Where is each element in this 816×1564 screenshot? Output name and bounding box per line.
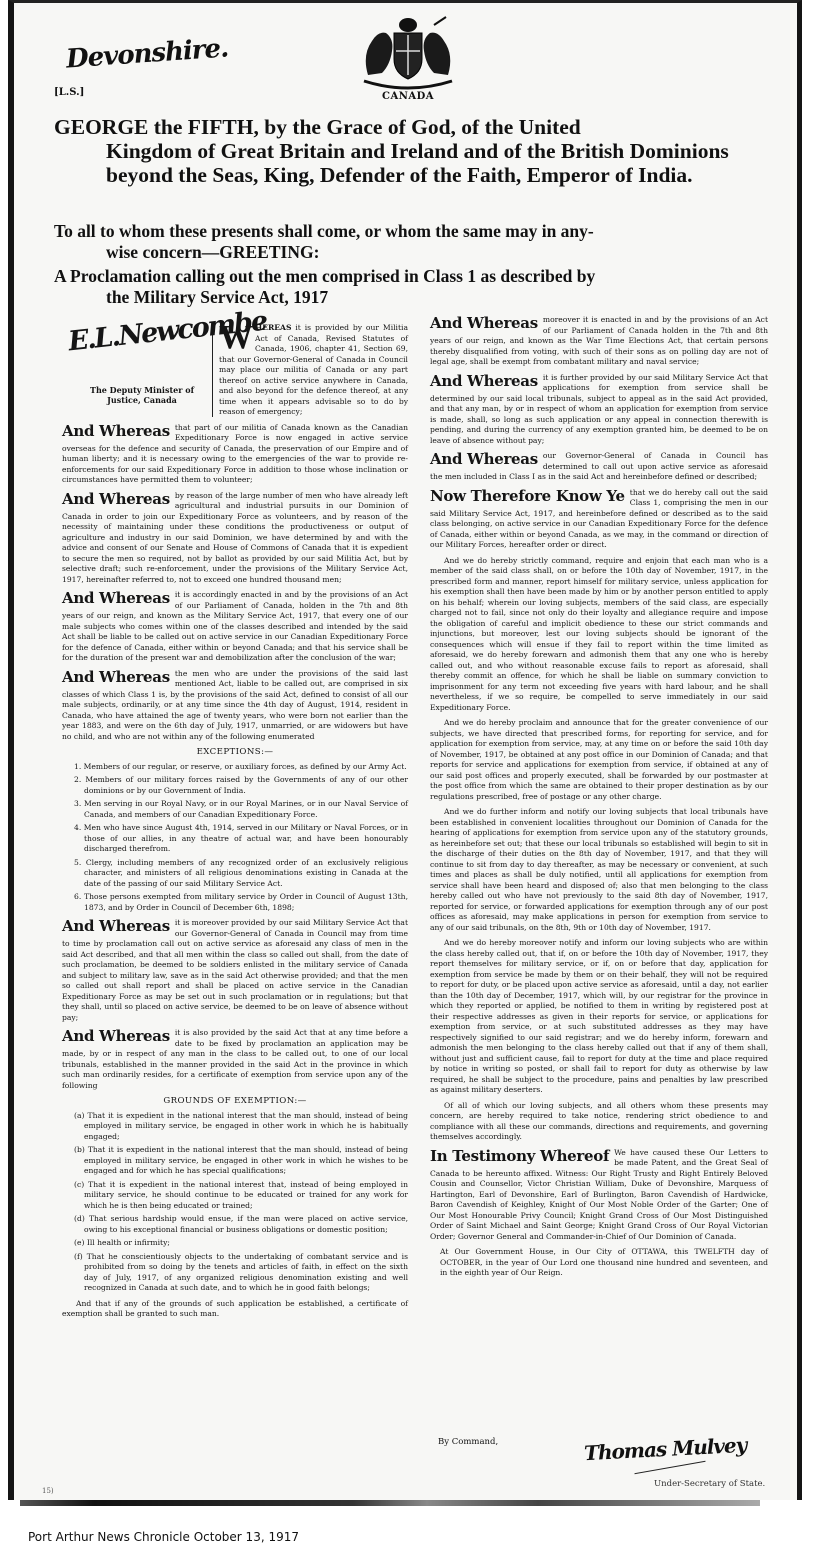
- and-whereas-label: And Whereas: [62, 492, 170, 506]
- whereas-5: And Whereasthe men who are under the pro…: [62, 669, 408, 743]
- whereas-2: And Whereasthat part of our militia of C…: [62, 423, 408, 486]
- greeting-line-1: To all to whom these presents shall come…: [54, 221, 594, 241]
- paragraph-command: And we do hereby strictly command, requi…: [430, 556, 768, 714]
- and-whereas-label: And Whereas: [430, 452, 538, 466]
- and-whereas-label: And Whereas: [62, 1029, 170, 1043]
- left-column: E.L.Newcombe The Deputy Minister of Just…: [62, 323, 408, 1325]
- by-command: By Command,: [438, 1437, 498, 1447]
- proclamation-heading-rest: the Military Service Act, 1917: [54, 287, 774, 308]
- devonshire-handwritten-signature: Devonshire.: [65, 33, 229, 74]
- and-whereas-label: And Whereas: [62, 591, 170, 605]
- paragraph-notice: Of all of which our loving subjects, and…: [430, 1101, 768, 1143]
- exception-item: 6. Those persons exempted from military …: [74, 892, 408, 913]
- testimony: In Testimony WhereofWe have caused these…: [430, 1148, 768, 1243]
- whereas-4: And Whereasit is accordingly enacted in …: [62, 590, 408, 664]
- ground-item: (f) That he conscientiously objects to t…: [74, 1252, 408, 1294]
- exception-item: 5. Clergy, including members of any reco…: [74, 858, 408, 890]
- whereas-3: And Whereasby reason of the large number…: [62, 491, 408, 586]
- exception-item: 2. Members of our military forces raised…: [74, 775, 408, 796]
- grounds-closing: And that if any of the grounds of such a…: [62, 1299, 408, 1320]
- whereas-8: And Whereasmoreover it is enacted in and…: [430, 315, 768, 368]
- and-whereas-label: And Whereas: [62, 424, 170, 438]
- grounds-heading: GROUNDS OF EXEMPTION:—: [62, 1096, 408, 1107]
- exception-item: 3. Men serving in our Royal Navy, or in …: [74, 799, 408, 820]
- page-number: 15): [42, 1487, 54, 1495]
- royal-coat-of-arms-icon: [350, 15, 466, 91]
- dateline: At Our Government House, in Our City of …: [440, 1247, 768, 1279]
- now-therefore-label: Now Therefore Know Ye: [430, 489, 625, 503]
- greeting: To all to whom these presents shall come…: [54, 221, 774, 263]
- exceptions-heading: EXCEPTIONS:—: [62, 747, 408, 758]
- and-whereas-label: And Whereas: [430, 374, 538, 388]
- proclamation-page: Devonshire. [L.S.] CANADA GEORGE the FIF…: [8, 0, 802, 1500]
- right-column: And Whereasmoreover it is enacted in and…: [430, 315, 768, 1284]
- ground-item: (a) That it is expedient in the national…: [74, 1111, 408, 1143]
- proclamation-heading: A Proclamation calling out the men compr…: [54, 266, 774, 308]
- title-line-1: GEORGE the FIFTH, by the Grace of God, o…: [54, 115, 774, 139]
- whereas-9: And Whereasit is further provided by our…: [430, 373, 768, 447]
- royal-title: GEORGE the FIFTH, by the Grace of God, o…: [54, 115, 774, 187]
- exception-item: 1. Members of our regular, or reserve, o…: [74, 762, 408, 773]
- greeting-rest: wise concern—GREETING:: [54, 242, 774, 263]
- paragraph-notify: And we do hereby moreover notify and inf…: [430, 938, 768, 1096]
- deputy-minister-signature-block: E.L.Newcombe The Deputy Minister of Just…: [62, 325, 213, 417]
- crest-label: CANADA: [382, 91, 434, 102]
- source-caption: Port Arthur News Chronicle October 13, 1…: [28, 1530, 299, 1544]
- paragraph-tribunals: And we do further inform and notify our …: [430, 807, 768, 933]
- testimony-label: In Testimony Whereof: [430, 1149, 609, 1163]
- ground-item: (c) That it is expedient in the national…: [74, 1180, 408, 1212]
- whereas-10: And Whereasour Governor-General of Canad…: [430, 451, 768, 483]
- now-therefore: Now Therefore Know Yethat we do hereby c…: [430, 488, 768, 551]
- under-secretary-title: Under-Secretary of State.: [654, 1479, 765, 1489]
- whereas-6: And Whereasit is moreover provided by ou…: [62, 918, 408, 1023]
- seal-mark: [L.S.]: [54, 87, 84, 98]
- bottom-rule: [20, 1500, 760, 1506]
- ground-item: (d) That serious hardship would ensue, i…: [74, 1214, 408, 1235]
- and-whereas-label: And Whereas: [62, 670, 170, 684]
- under-secretary-signature: Thomas Mulvey: [583, 1433, 746, 1465]
- proclamation-heading-line-1: A Proclamation calling out the men compr…: [54, 266, 595, 286]
- ground-item: (b) That it is expedient in the national…: [74, 1145, 408, 1177]
- grounds-list: (a) That it is expedient in the national…: [62, 1111, 408, 1294]
- ground-item: (e) Ill health or infirmity;: [74, 1238, 408, 1249]
- signature-underline: [634, 1461, 705, 1474]
- and-whereas-label: And Whereas: [62, 919, 170, 933]
- and-whereas-label: And Whereas: [430, 316, 538, 330]
- paragraph-proclaim: And we do hereby proclaim and announce t…: [430, 718, 768, 802]
- exception-item: 4. Men who have since August 4th, 1914, …: [74, 823, 408, 855]
- deputy-minister-caption: The Deputy Minister of Justice, Canada: [82, 385, 202, 405]
- exceptions-list: 1. Members of our regular, or reserve, o…: [62, 762, 408, 914]
- title-rest: Kingdom of Great Britain and Ireland and…: [54, 139, 774, 187]
- whereas-7: And Whereasit is also provided by the sa…: [62, 1028, 408, 1091]
